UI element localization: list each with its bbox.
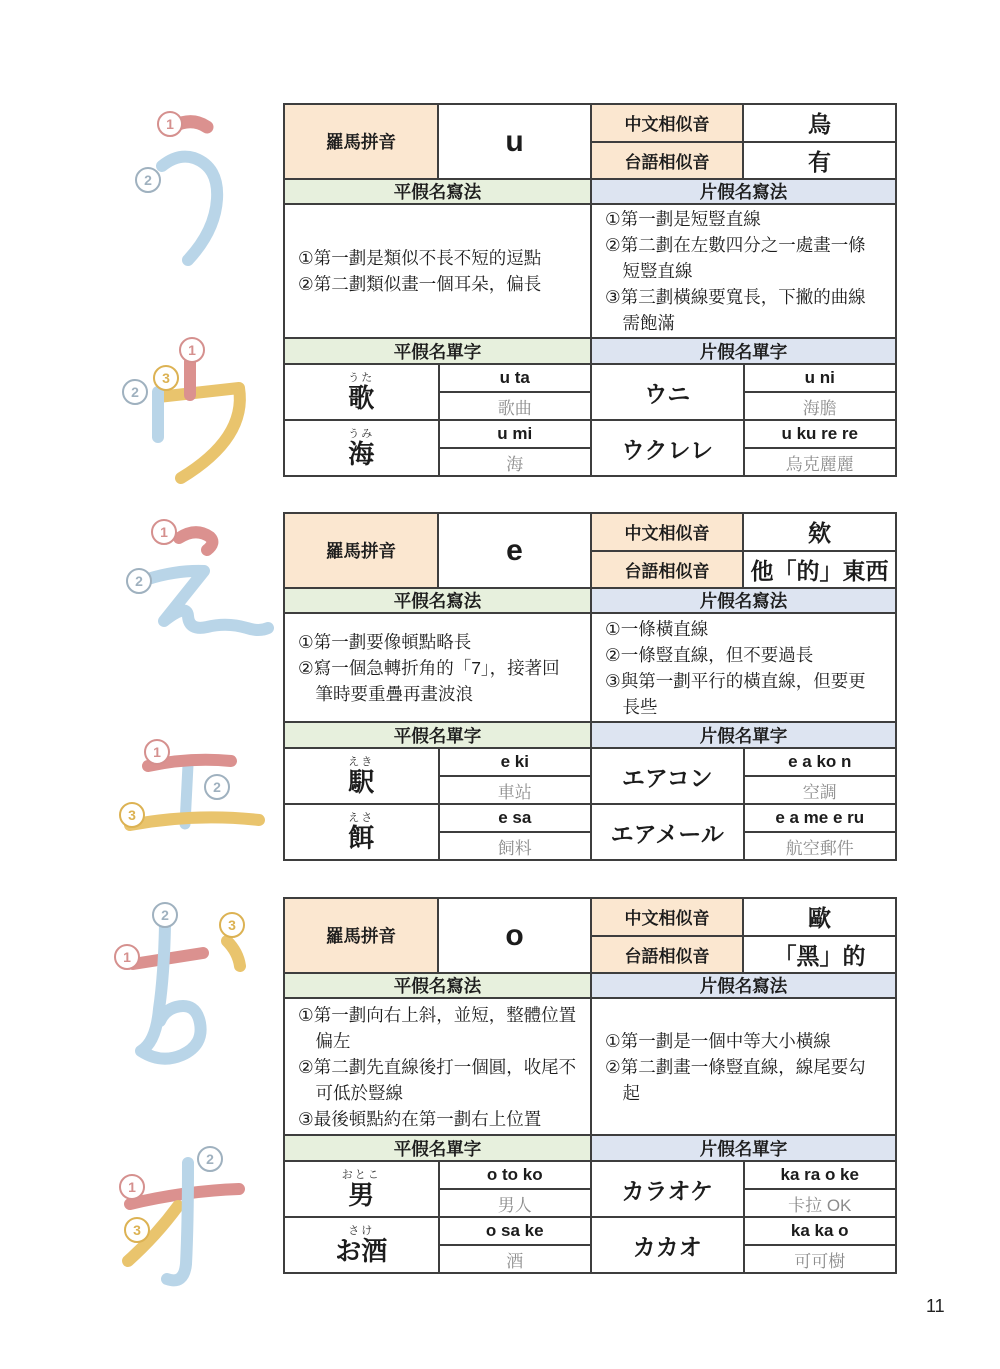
kata-words-header: 片假名單字 [590, 339, 895, 363]
hira-words-header: 平假名單字 [285, 723, 590, 747]
word: ウニ [644, 376, 690, 409]
hira-word: えき 駅 [285, 749, 438, 803]
meaning: 海膽 [745, 391, 896, 419]
kana-section-u: 羅馬拼音 u 中文相似音 烏 台語相似音 有 平假名寫法 片假名寫法 ①第一劃是… [283, 103, 897, 477]
similar-sounds: 中文相似音 歐 台語相似音 「黑」的 [590, 899, 895, 972]
romaji-reading: e a ko n [745, 749, 896, 775]
romaji-reading: u ni [745, 365, 896, 391]
romaji-reading: ka ra o ke [745, 1162, 896, 1188]
step: ③最後頓點約在第一劃右上位置 [298, 1106, 577, 1132]
stroke-badge: 1 [114, 944, 140, 970]
stroke-badge: 2 [204, 774, 230, 800]
romaji-label: 羅馬拼音 [285, 105, 437, 178]
hira-words-header: 平假名單字 [285, 1136, 590, 1160]
hira-writing-header: 平假名寫法 [285, 180, 590, 203]
writing-headers: 平假名寫法 片假名寫法 [285, 587, 895, 612]
word: カラオケ [621, 1173, 713, 1206]
word-row: うた 歌 u ta 歌曲 ウニ u ni 海膽 [285, 363, 895, 419]
stroke-badge: 1 [179, 337, 205, 363]
romaji-reading: o to ko [440, 1162, 591, 1188]
tw-similar-value: 「黑」的 [742, 937, 895, 973]
word-row: えさ 餌 e sa 飼料 エアメール e a me e ru 航空郵件 [285, 803, 895, 859]
section-header: 羅馬拼音 o 中文相似音 歐 台語相似音 「黑」的 [285, 899, 895, 972]
stroke-badge: 1 [119, 1174, 145, 1200]
step: ③第三劃橫線要寬長，下撇的曲線需飽滿 [605, 284, 882, 336]
word: カカオ [633, 1229, 702, 1262]
similar-sounds: 中文相似音 欸 台語相似音 他「的」東西 [590, 514, 895, 587]
stroke-badge: 2 [152, 902, 178, 928]
writing-steps: ①第一劃要像頓點略長 ②寫一個急轉折角的「7」，接著回筆時要重疊再畫波浪 ①一條… [285, 612, 895, 721]
word-row: おとこ 男 o to ko 男人 カラオケ ka ra o ke 卡拉 OK [285, 1160, 895, 1216]
word: お酒 [335, 1237, 387, 1265]
zh-similar-label: 中文相似音 [592, 105, 742, 141]
zh-similar-label: 中文相似音 [592, 899, 742, 935]
stroke-badge: 1 [151, 519, 177, 545]
romaji-label: 羅馬拼音 [285, 514, 437, 587]
zh-similar-value: 欸 [742, 514, 895, 550]
hira-writing-header: 平假名寫法 [285, 589, 590, 612]
kata-word: エアメール [590, 805, 743, 859]
stroke-badge: 3 [124, 1217, 150, 1243]
kata-word: カラオケ [590, 1162, 743, 1216]
kata-writing-header: 片假名寫法 [590, 589, 895, 612]
writing-headers: 平假名寫法 片假名寫法 [285, 972, 895, 997]
romaji-value: o [437, 899, 590, 972]
step: ③與第一劃平行的橫直線，但要更長些 [605, 668, 882, 720]
stroke-badge: 3 [153, 365, 179, 391]
stroke-badge: 3 [219, 912, 245, 938]
kata-words-header: 片假名單字 [590, 723, 895, 747]
word-row: えき 駅 e ki 車站 エアコン e a ko n 空調 [285, 747, 895, 803]
kata-writing-header: 片假名寫法 [590, 974, 895, 997]
kata-steps: ①第一劃是一個中等大小橫線 ②第二劃畫一條豎直線，線尾要勾起 [590, 999, 895, 1134]
romaji-reading: e sa [440, 805, 591, 831]
hira-word: さけ お酒 [285, 1218, 438, 1272]
word-row: さけ お酒 o sa ke 酒 カカオ ka ka o 可可樹 [285, 1216, 895, 1272]
romaji-reading: u ku re re [745, 421, 896, 447]
word-row: うみ 海 u mi 海 ウクレレ u ku re re 烏克麗麗 [285, 419, 895, 475]
step: ②寫一個急轉折角的「7」，接著回筆時要重疊再畫波浪 [298, 655, 577, 707]
romaji-reading: ka ka o [745, 1218, 896, 1244]
kata-word: ウクレレ [590, 421, 743, 475]
step: ②第二劃在左數四分之一處畫一條短豎直線 [605, 232, 882, 284]
step: ①第一劃是短豎直線 [605, 206, 882, 232]
stroke-badge: 2 [197, 1146, 223, 1172]
kata-word: エアコン [590, 749, 743, 803]
romaji-reading: e a me e ru [745, 805, 896, 831]
word: 男 [348, 1181, 374, 1209]
step: ①第一劃向右上斜，並短，整體位置偏左 [298, 1002, 577, 1054]
step: ①第一劃要像頓點略長 [298, 629, 577, 655]
step: ①第一劃是類似不長不短的逗點 [298, 245, 577, 271]
writing-steps: ①第一劃向右上斜，並短，整體位置偏左 ②第二劃先直線後打一個圓，收尾不可低於豎線… [285, 997, 895, 1134]
romaji-reading: u ta [440, 365, 591, 391]
step: ②第二劃先直線後打一個圓，收尾不可低於豎線 [298, 1054, 577, 1106]
romaji-value: e [437, 514, 590, 587]
meaning: 海 [440, 447, 591, 475]
zh-similar-value: 烏 [742, 105, 895, 141]
stroke-badge: 1 [157, 111, 183, 137]
meaning: 飼料 [440, 831, 591, 859]
kata-word: ウニ [590, 365, 743, 419]
meaning: 卡拉 OK [745, 1188, 896, 1216]
hira-word: うみ 海 [285, 421, 438, 475]
hira-steps: ①第一劃是類似不長不短的逗點 ②第二劃類似畫一個耳朵，偏長 [285, 205, 590, 337]
textbook-page: 1 2 1 2 3 1 2 1 2 3 1 2 3 1 2 3 羅馬拼音 u [0, 0, 1000, 1369]
romaji-reading: e ki [440, 749, 591, 775]
stroke-badge: 3 [119, 802, 145, 828]
kata-word: カカオ [590, 1218, 743, 1272]
hira-word: おとこ 男 [285, 1162, 438, 1216]
stroke-badge: 1 [144, 739, 170, 765]
kana-art-katakana-u [125, 345, 260, 490]
kana-section-e: 羅馬拼音 e 中文相似音 欸 台語相似音 他「的」東西 平假名寫法 片假名寫法 … [283, 512, 897, 861]
kata-writing-header: 片假名寫法 [590, 180, 895, 203]
hira-writing-header: 平假名寫法 [285, 974, 590, 997]
meaning: 航空郵件 [745, 831, 896, 859]
stroke-badge: 2 [122, 379, 148, 405]
step: ②第二劃畫一條豎直線，線尾要勾起 [605, 1054, 882, 1106]
word: 餌 [348, 824, 374, 852]
hira-steps: ①第一劃向右上斜，並短，整體位置偏左 ②第二劃先直線後打一個圓，收尾不可低於豎線… [285, 999, 590, 1134]
step: ①一條橫直線 [605, 616, 882, 642]
hira-words-header: 平假名單字 [285, 339, 590, 363]
similar-sounds: 中文相似音 烏 台語相似音 有 [590, 105, 895, 178]
zh-similar-label: 中文相似音 [592, 514, 742, 550]
word: エアメール [611, 816, 724, 849]
word: 海 [348, 440, 374, 468]
stroke-badge: 2 [126, 568, 152, 594]
meaning: 酒 [440, 1244, 591, 1272]
romaji-reading: u mi [440, 421, 591, 447]
word: 駅 [348, 768, 374, 796]
tw-similar-label: 台語相似音 [592, 143, 742, 179]
stroke-badge: 2 [135, 167, 161, 193]
meaning: 男人 [440, 1188, 591, 1216]
writing-steps: ①第一劃是類似不長不短的逗點 ②第二劃類似畫一個耳朵，偏長 ①第一劃是短豎直線 … [285, 203, 895, 337]
zh-similar-value: 歐 [742, 899, 895, 935]
step: ②一條豎直線，但不要過長 [605, 642, 882, 668]
word-headers: 平假名單字 片假名單字 [285, 1134, 895, 1160]
word: 歌 [348, 384, 374, 412]
romaji-label: 羅馬拼音 [285, 899, 437, 972]
step: ①第一劃是一個中等大小橫線 [605, 1028, 882, 1054]
kata-steps: ①一條橫直線 ②一條豎直線，但不要過長 ③與第一劃平行的橫直線，但要更長些 [590, 614, 895, 721]
meaning: 烏克麗麗 [745, 447, 896, 475]
page-number: 11 [926, 1296, 945, 1317]
tw-similar-label: 台語相似音 [592, 552, 742, 588]
section-header: 羅馬拼音 e 中文相似音 欸 台語相似音 他「的」東西 [285, 514, 895, 587]
kana-art-hiragana-u [150, 112, 240, 272]
kata-steps: ①第一劃是短豎直線 ②第二劃在左數四分之一處畫一條短豎直線 ③第三劃橫線要寬長，… [590, 205, 895, 337]
kata-words-header: 片假名單字 [590, 1136, 895, 1160]
meaning: 車站 [440, 775, 591, 803]
tw-similar-label: 台語相似音 [592, 937, 742, 973]
section-header: 羅馬拼音 u 中文相似音 烏 台語相似音 有 [285, 105, 895, 178]
kana-section-o: 羅馬拼音 o 中文相似音 歐 台語相似音 「黑」的 平假名寫法 片假名寫法 ①第… [283, 897, 897, 1274]
romaji-reading: o sa ke [440, 1218, 591, 1244]
tw-similar-value: 有 [742, 143, 895, 179]
word-headers: 平假名單字 片假名單字 [285, 721, 895, 747]
word-headers: 平假名單字 片假名單字 [285, 337, 895, 363]
meaning: 歌曲 [440, 391, 591, 419]
tw-similar-value: 他「的」東西 [742, 552, 895, 588]
hira-word: えさ 餌 [285, 805, 438, 859]
hira-steps: ①第一劃要像頓點略長 ②寫一個急轉折角的「7」，接著回筆時要重疊再畫波浪 [285, 614, 590, 721]
meaning: 空調 [745, 775, 896, 803]
word: エアコン [622, 760, 713, 793]
romaji-value: u [437, 105, 590, 178]
kana-art-katakana-e [118, 740, 273, 850]
writing-headers: 平假名寫法 片假名寫法 [285, 178, 895, 203]
hira-word: うた 歌 [285, 365, 438, 419]
word: ウクレレ [622, 432, 713, 465]
step: ②第二劃類似畫一個耳朵，偏長 [298, 271, 577, 297]
meaning: 可可樹 [745, 1244, 896, 1272]
